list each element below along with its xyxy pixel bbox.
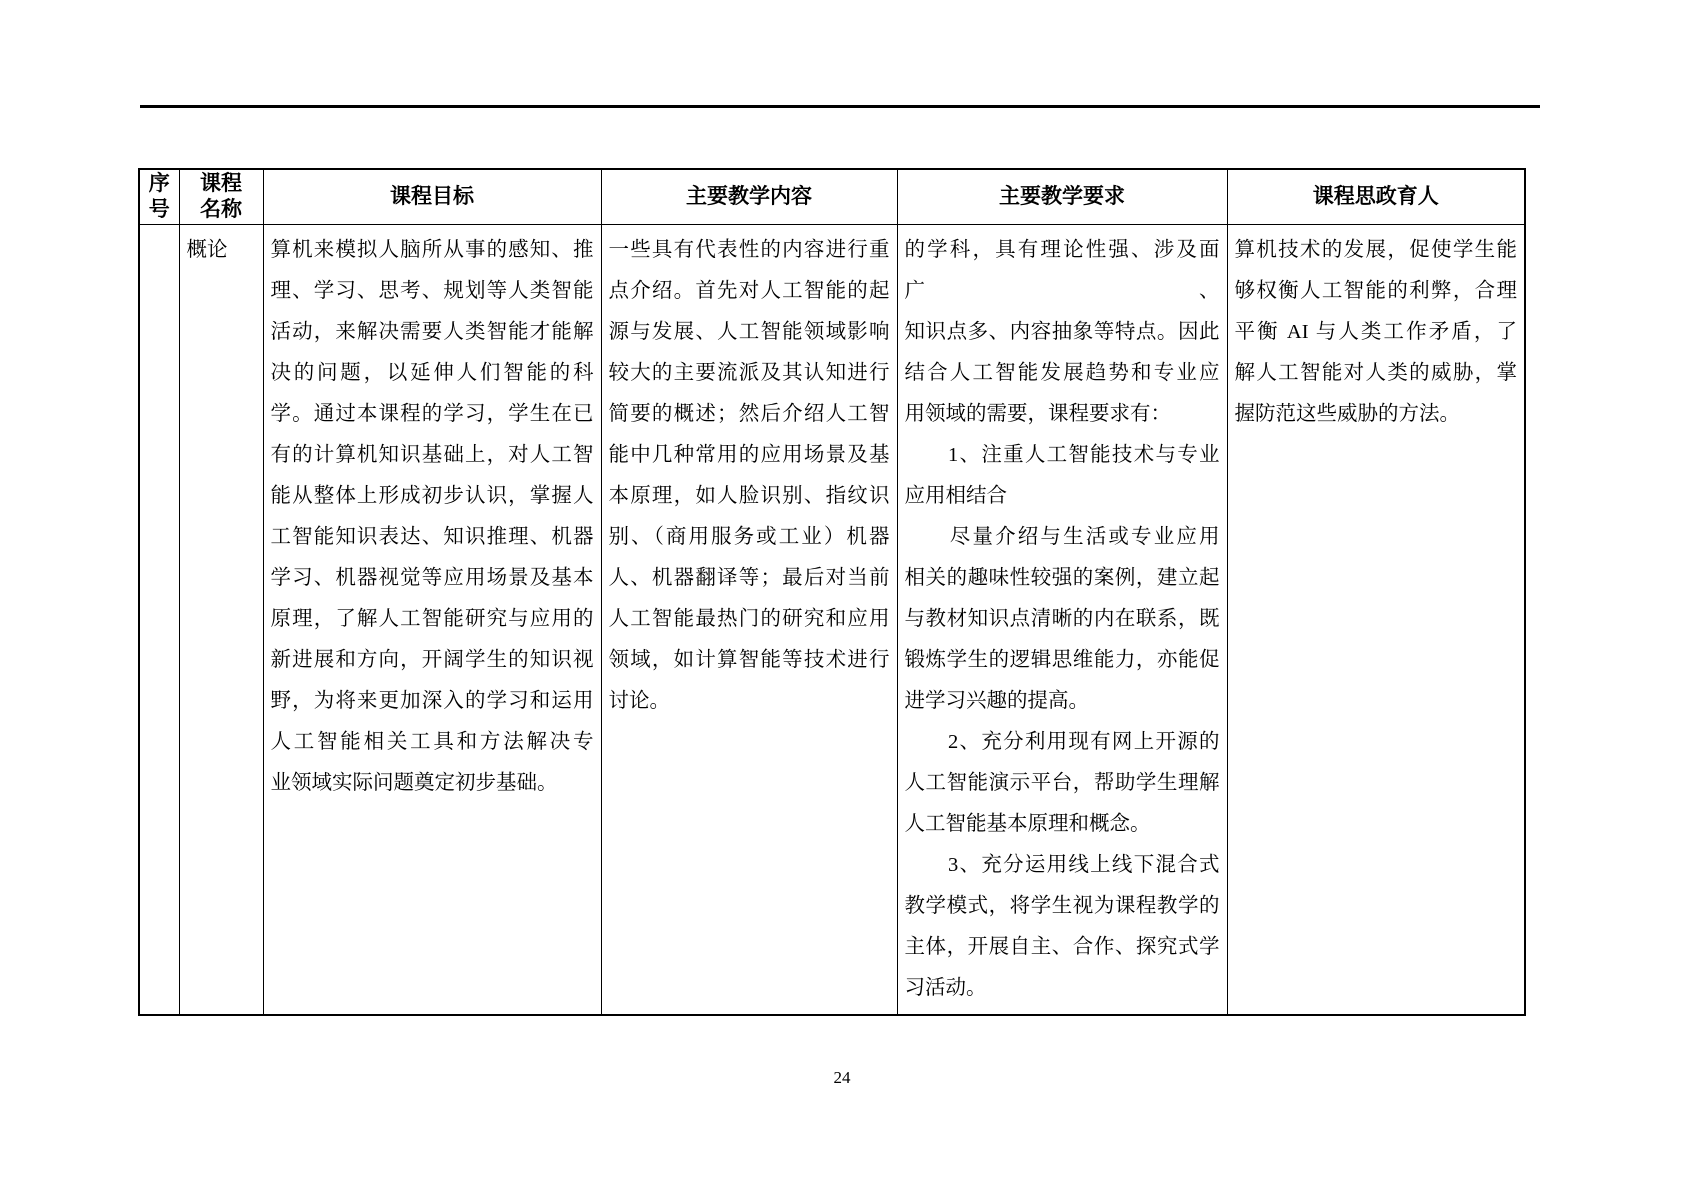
col-header-teaching-content: 主要教学内容 xyxy=(601,169,897,225)
text-line: 知识点多、内容抽象等特点。因此 xyxy=(905,312,1220,353)
text-line: 2、充分利用现有网上开源的 xyxy=(905,722,1220,763)
col-header-ideology-education: 课程思政育人 xyxy=(1227,169,1525,225)
cell-course-objectives: 算机来模拟人脑所从事的感知、推理、学习、思考、规划等人类智能活动，来解决需要人类… xyxy=(263,225,601,1016)
text-line: 解人工智能对人类的威胁，掌 xyxy=(1235,353,1518,394)
text-line: 野，为将来更加深入的学习和运用 xyxy=(271,681,594,722)
text-line: 握防范这些威胁的方法。 xyxy=(1235,394,1518,435)
text-line: 应用相结合 xyxy=(905,476,1220,517)
text-line: 决的问题，以延伸人们智能的科 xyxy=(271,353,594,394)
cell-teaching-content: 一些具有代表性的内容进行重点介绍。首先对人工智能的起源与发展、人工智能领域影响较… xyxy=(601,225,897,1016)
text-line: 有的计算机知识基础上，对人工智 xyxy=(271,435,594,476)
text-line: 主体，开展自主、合作、探究式学 xyxy=(905,927,1220,968)
text-line: 结合人工智能发展趋势和专业应 xyxy=(905,353,1220,394)
text-line: 能中几种常用的应用场景及基 xyxy=(609,435,890,476)
text-line: 本原理，如人脸识别、指纹识 xyxy=(609,476,890,517)
text-line: 人工智能相关工具和方法解决专 xyxy=(271,722,594,763)
text-line: 平衡 AI 与人类工作矛盾，了 xyxy=(1235,312,1518,353)
text-line: 够权衡人工智能的利弊，合理 xyxy=(1235,271,1518,312)
header-rule xyxy=(140,105,1540,108)
text-line: 人工智能最热门的研究和应用 xyxy=(609,599,890,640)
text-line: 锻炼学生的逻辑思维能力，亦能促 xyxy=(905,640,1220,681)
col-header-teaching-requirements: 主要教学要求 xyxy=(897,169,1227,225)
text-line: 工智能知识表达、知识推理、机器 xyxy=(271,517,594,558)
course-syllabus-table: 序 号 课程 名称 课程目标 主要教学内容 主要教学要求 课程思政育人 概论 算… xyxy=(138,168,1526,1016)
text-line: 较大的主要流派及其认知进行 xyxy=(609,353,890,394)
text-line: 教学模式，将学生视为课程教学的 xyxy=(905,886,1220,927)
col-header-course-name: 课程 名称 xyxy=(179,169,263,225)
text-line: 算机技术的发展，促使学生能 xyxy=(1235,230,1518,271)
text-line: 原理，了解人工智能研究与应用的 xyxy=(271,599,594,640)
text-line: 点介绍。首先对人工智能的起 xyxy=(609,271,890,312)
text-line: 别、（商用服务或工业）机器 xyxy=(609,517,890,558)
text-line: 相关的趣味性较强的案例，建立起 xyxy=(905,558,1220,599)
header-row: 序 号 课程 名称 课程目标 主要教学内容 主要教学要求 课程思政育人 xyxy=(139,169,1525,225)
text-line: 活动，来解决需要人类智能才能解 xyxy=(271,312,594,353)
text-line: 讨论。 xyxy=(609,681,890,722)
col-header-seq: 序 号 xyxy=(139,169,179,225)
text-line: 理、学习、思考、规划等人类智能 xyxy=(271,271,594,312)
text-line: 的学科，具有理论性强、涉及面广、 xyxy=(905,230,1220,312)
text-line: 一些具有代表性的内容进行重 xyxy=(609,230,890,271)
text-line: 算机来模拟人脑所从事的感知、推 xyxy=(271,230,594,271)
text-line: 源与发展、人工智能领域影响 xyxy=(609,312,890,353)
text-line: 人、机器翻译等；最后对当前 xyxy=(609,558,890,599)
cell-teaching-requirements: 的学科，具有理论性强、涉及面广、知识点多、内容抽象等特点。因此结合人工智能发展趋… xyxy=(897,225,1227,1016)
text-line: 简要的概述；然后介绍人工智 xyxy=(609,394,890,435)
text-line: 1、注重人工智能技术与专业 xyxy=(905,435,1220,476)
cell-ideology-education: 算机技术的发展，促使学生能够权衡人工智能的利弊，合理平衡 AI 与人类工作矛盾，… xyxy=(1227,225,1525,1016)
text-line: 人工智能演示平台，帮助学生理解 xyxy=(905,763,1220,804)
text-line: 学。通过本课程的学习，学生在已 xyxy=(271,394,594,435)
text-line: 3、充分运用线上线下混合式 xyxy=(905,845,1220,886)
text-line: 用领域的需要，课程要求有： xyxy=(905,394,1220,435)
text-line: 新进展和方向，开阔学生的知识视 xyxy=(271,640,594,681)
text-line: 领域，如计算智能等技术进行 xyxy=(609,640,890,681)
col-header-objectives: 课程目标 xyxy=(263,169,601,225)
cell-seq xyxy=(139,225,179,1016)
text-line: 与教材知识点清晰的内在联系，既 xyxy=(905,599,1220,640)
text-line: 进学习兴趣的提高。 xyxy=(905,681,1220,722)
table-row: 概论 算机来模拟人脑所从事的感知、推理、学习、思考、规划等人类智能活动，来解决需… xyxy=(139,225,1525,1016)
cell-course-name: 概论 xyxy=(179,225,263,1016)
page-number: 24 xyxy=(0,1068,1684,1088)
text-line: 能从整体上形成初步认识，掌握人 xyxy=(271,476,594,517)
text-line: 学习、机器视觉等应用场景及基本 xyxy=(271,558,594,599)
text-line: 习活动。 xyxy=(905,968,1220,1009)
text-line: 人工智能基本原理和概念。 xyxy=(905,804,1220,845)
text-line: 业领域实际问题奠定初步基础。 xyxy=(271,763,594,804)
text-line: 尽量介绍与生活或专业应用 xyxy=(905,517,1220,558)
